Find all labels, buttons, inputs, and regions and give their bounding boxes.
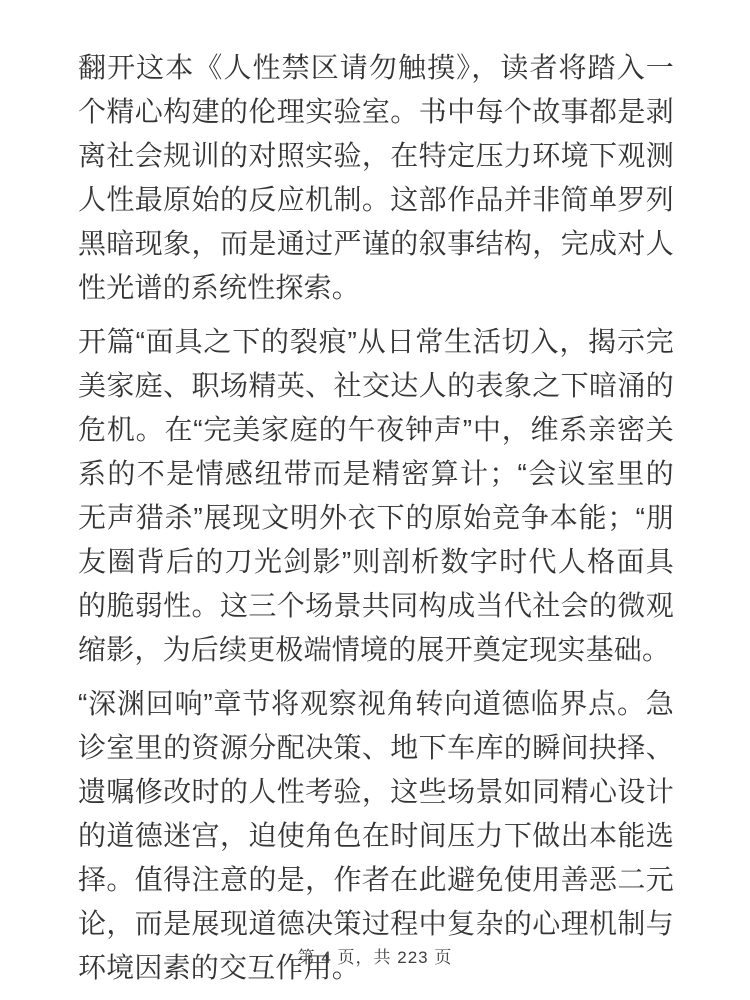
paragraph-chapter-two: “深渊回响”章节将观察视角转向道德临界点。急诊室里的资源分配决策、地下车库的瞬间… — [78, 682, 674, 990]
page-footer: 第 4 页，共 223 页 — [0, 948, 750, 968]
page-content: 翻开这本《人性禁区请勿触摸》，读者将踏入一个精心构建的伦理实验室。书中每个故事都… — [78, 46, 674, 1000]
paragraph-book-intro: 翻开这本《人性禁区请勿触摸》，读者将踏入一个精心构建的伦理实验室。书中每个故事都… — [78, 46, 674, 310]
paragraph-chapter-one: 开篇“面具之下的裂痕”从日常生活切入，揭示完美家庭、职场精英、社交达人的表象之下… — [78, 320, 674, 672]
ebook-page: 翻开这本《人性禁区请勿触摸》，读者将踏入一个精心构建的伦理实验室。书中每个故事都… — [0, 0, 750, 1000]
page-indicator: 第 4 页，共 223 页 — [298, 948, 453, 967]
